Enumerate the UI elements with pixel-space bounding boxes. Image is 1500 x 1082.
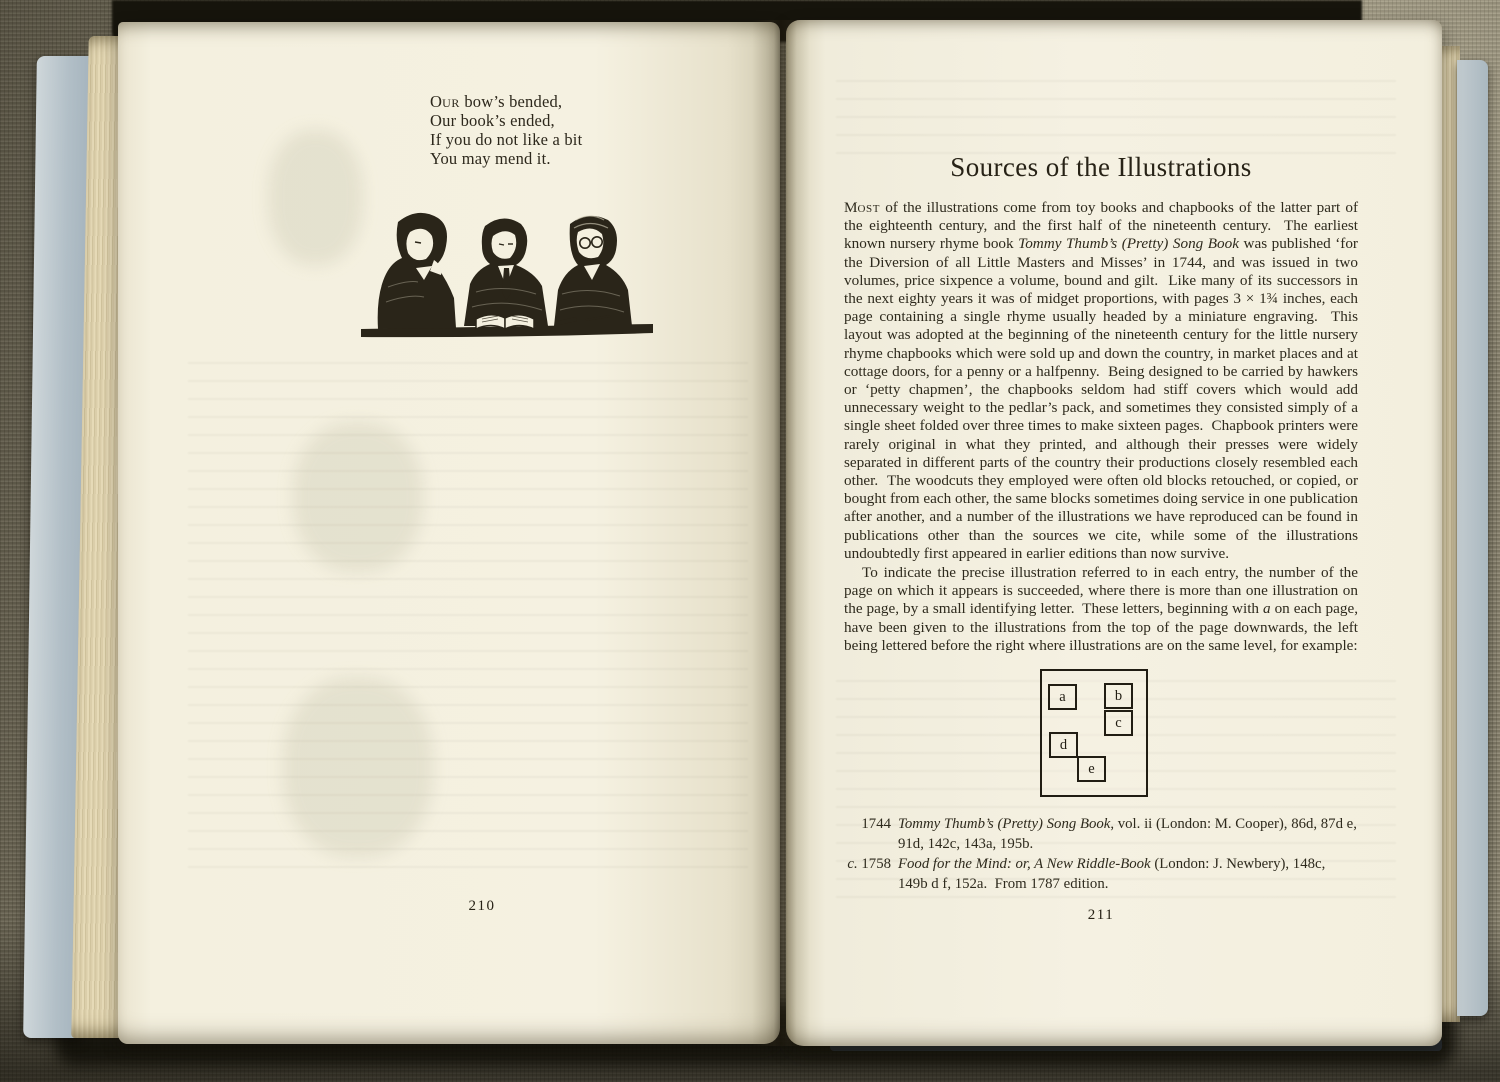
entry-text: Tommy Thumb’s (Pretty) Song Book, vol. i… [898, 816, 1357, 852]
verse: Our bow’s bended, Our book’s ended, If y… [430, 92, 582, 168]
show-through-image [283, 677, 433, 857]
right-page: Sources of the Illustrations Most of the… [786, 20, 1442, 1046]
page-number: 211 [844, 907, 1358, 924]
bibliography: 1744 Tommy Thumb’s (Pretty) Song Book, v… [844, 815, 1358, 894]
verse-line: If you do not like a bit [430, 130, 582, 149]
diagram-box-d: d [1049, 732, 1078, 758]
entry-year: c. 1758 [844, 855, 891, 875]
verse-line: You may mend it. [430, 149, 582, 168]
left-page: Our bow’s bended, Our book’s ended, If y… [118, 22, 780, 1044]
diagram-box-a: a [1048, 684, 1077, 710]
bibliography-entry: c. 1758 Food for the Mind: or, A New Rid… [844, 855, 1358, 894]
verse-line: Our book’s ended, [430, 111, 582, 130]
page-title: Sources of the Illustrations [844, 152, 1358, 183]
diagram-box-b: b [1104, 683, 1133, 709]
show-through-image [268, 130, 363, 265]
verse-line: Our bow’s bended, [430, 92, 582, 111]
show-through-text [188, 362, 748, 882]
book-photo: Our bow’s bended, Our book’s ended, If y… [0, 0, 1500, 1082]
show-through-image [293, 422, 423, 572]
paragraph-sources: Most of the illustrations come from toy … [844, 199, 1358, 563]
book-cover-right-edge [1457, 60, 1488, 1016]
three-readers-engraving [358, 202, 656, 364]
diagram-box-e: e [1077, 756, 1106, 782]
layout-example-diagram: a b c d e [1040, 669, 1148, 797]
page-number: 210 [442, 898, 522, 915]
entry-year: 1744 [844, 815, 891, 835]
bibliography-entry: 1744 Tommy Thumb’s (Pretty) Song Book, v… [844, 815, 1358, 854]
text-column: Sources of the Illustrations Most of the… [844, 20, 1358, 1046]
body-text: Most of the illustrations come from toy … [844, 199, 1358, 655]
diagram-box-c: c [1104, 710, 1133, 736]
paragraph-lettering: To indicate the precise illustration ref… [844, 564, 1358, 655]
entry-text: Food for the Mind: or, A New Riddle-Book… [898, 856, 1325, 892]
